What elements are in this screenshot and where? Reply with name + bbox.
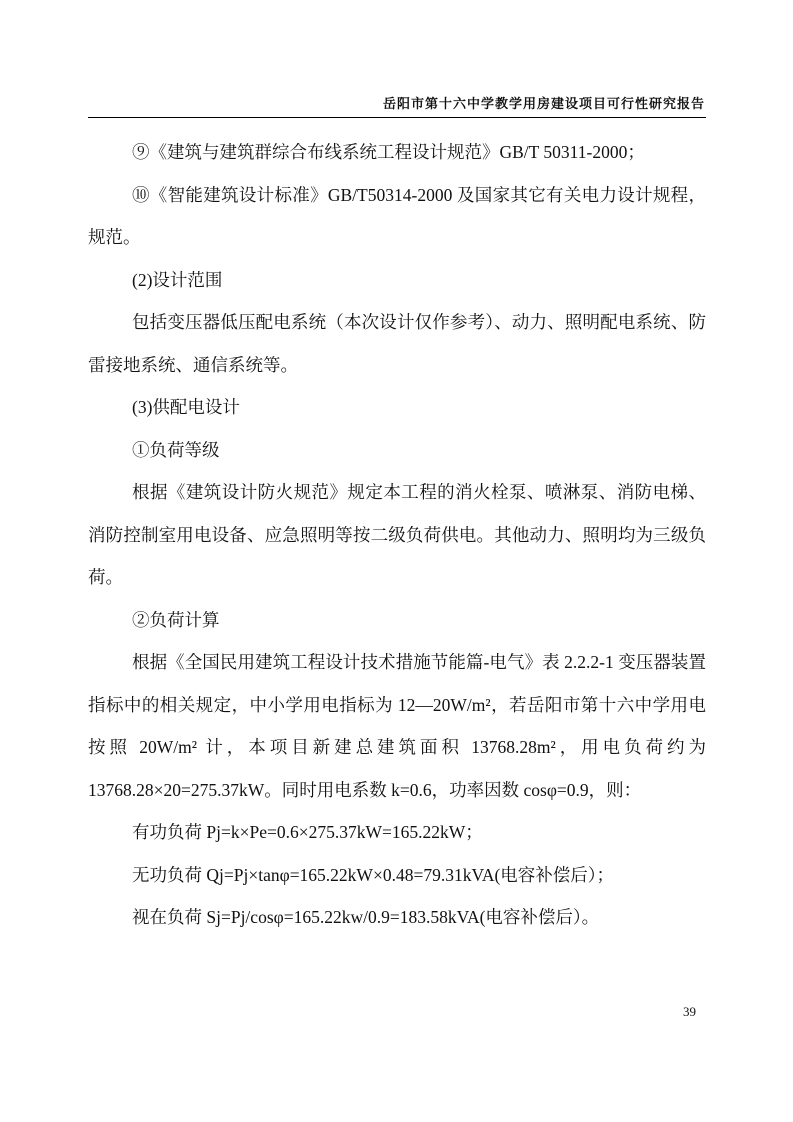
paragraph: 无功负荷 Qj=Pj×tanφ=165.22kW×0.48=79.31kVA(电…: [88, 854, 706, 897]
paragraph: ⑩《智能建筑设计标准》GB/T50314-2000 及国家其它有关电力设计规程，…: [88, 174, 706, 259]
document-body: ⑨《建筑与建筑群综合布线系统工程设计规范》GB/T 50311-2000；⑩《智…: [88, 131, 706, 939]
paragraph: 根据《全国民用建筑工程设计技术措施节能篇-电气》表 2.2.2-1 变压器装置指…: [88, 641, 706, 811]
paragraph: ①负荷等级: [88, 429, 706, 472]
paragraph: (2)设计范围: [88, 259, 706, 302]
paragraph: (3)供配电设计: [88, 386, 706, 429]
paragraph: 根据《建筑设计防火规范》规定本工程的消火栓泵、喷淋泵、消防电梯、消防控制室用电设…: [88, 471, 706, 599]
paragraph: 有功负荷 Pj=k×Pe=0.6×275.37kW=165.22kW；: [88, 811, 706, 854]
paragraph: ②负荷计算: [88, 599, 706, 642]
paragraph: ⑨《建筑与建筑群综合布线系统工程设计规范》GB/T 50311-2000；: [88, 131, 706, 174]
header-divider: [88, 117, 706, 118]
running-header-title: 岳阳市第十六中学教学用房建设项目可行性研究报告: [383, 93, 705, 112]
page-number: 39: [683, 1004, 696, 1020]
paragraph: 包括变压器低压配电系统（本次设计仅作参考）、动力、照明配电系统、防雷接地系统、通…: [88, 301, 706, 386]
paragraph: 视在负荷 Sj=Pj/cosφ=165.22kw/0.9=183.58kVA(电…: [88, 896, 706, 939]
document-page: 岳阳市第十六中学教学用房建设项目可行性研究报告 ⑨《建筑与建筑群综合布线系统工程…: [0, 0, 793, 1122]
